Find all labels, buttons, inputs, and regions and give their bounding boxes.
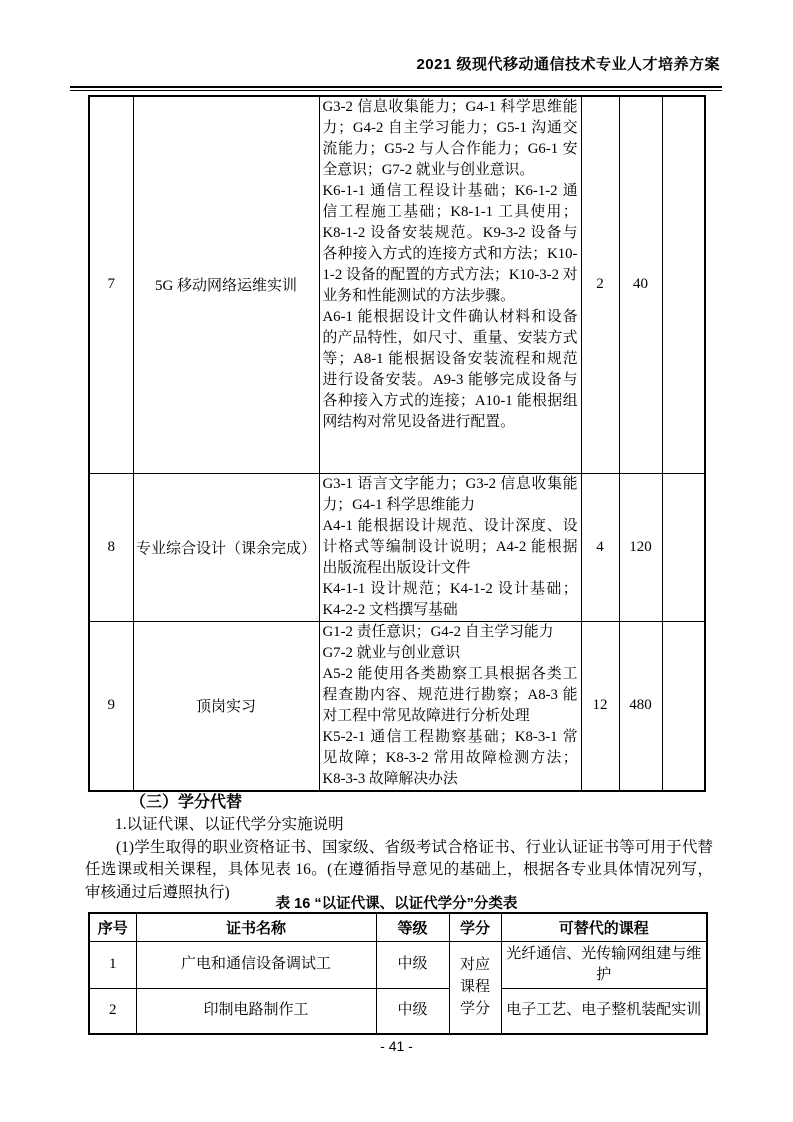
empty-cell (662, 621, 705, 791)
cert-index-cell: 1 (89, 941, 136, 988)
header-cell-credit: 学分 (449, 913, 501, 941)
page-header-title: 2021 级现代移动通信技术专业人才培养方案 (416, 53, 720, 74)
document-page: 2021 级现代移动通信技术专业人才培养方案 7 5G 移动网络运维实训 G3-… (0, 0, 793, 1122)
header-cell-level: 等级 (376, 913, 449, 941)
course-name-cell: 顶岗实习 (133, 621, 319, 791)
course-description-cell: G3-1 语言文字能力；G3-2 信息收集能力；G4-1 科学思维能力 A4-1… (319, 473, 581, 621)
credits-cell: 12 (581, 621, 619, 791)
table16-caption: 表 16 “以证代课、以证代学分”分类表 (0, 892, 793, 913)
footer-page-number: - 41 - (0, 1038, 793, 1054)
hours-cell: 40 (619, 96, 662, 473)
credits-cell: 4 (581, 473, 619, 621)
course-table: 7 5G 移动网络运维实训 G3-2 信息收集能力；G4-1 科学思维能力；G4… (88, 95, 706, 792)
merged-credit-cell: 对应课程学分 (449, 941, 501, 1034)
certificate-row: 1 广电和通信设备调试工 中级 对应课程学分 光纤通信、光传输网组建与维护 (89, 941, 707, 988)
hours-cell: 480 (619, 621, 662, 791)
description-paragraph: A6-1 能根据设计文件确认材料和设备的产品特性，如尺寸、重量、安装方式等；A8… (323, 307, 578, 433)
certificate-table: 序号 证书名称 等级 学分 可替代的课程 1 广电和通信设备调试工 中级 对应课… (88, 912, 708, 1035)
header-double-rule (70, 86, 722, 91)
course-name-cell: 专业综合设计（课余完成） (133, 473, 319, 621)
course-table-row: 7 5G 移动网络运维实训 G3-2 信息收集能力；G4-1 科学思维能力；G4… (89, 96, 705, 473)
course-table-row: 8 专业综合设计（课余完成） G3-1 语言文字能力；G3-2 信息收集能力；G… (89, 473, 705, 621)
row-number-cell: 9 (89, 621, 133, 791)
description-paragraph: G1-2 责任意识；G4-2 自主学习能力 (323, 622, 578, 643)
description-paragraph: A5-2 能使用各类勘察工具根据各类工程查勘内容、规范进行勘察；A8-3 能对工… (323, 664, 578, 727)
row-number-cell: 7 (89, 96, 133, 473)
course-description-cell: G1-2 责任意识；G4-2 自主学习能力 G7-2 就业与创业意识 A5-2 … (319, 621, 581, 791)
credit-substitution-section: （三）学分代替 1.以证代课、以证代学分实施说明 (1)学生取得的职业资格证书、… (85, 791, 713, 904)
description-paragraph: A4-1 能根据设计规范、设计深度、设计格式等编制设计说明；A4-2 能根据出版… (323, 516, 578, 579)
description-paragraph: K4-1-1 设计规范；K4-1-2 设计基础；K4-2-2 文档撰写基础 (323, 579, 578, 621)
header-cell-cert-name: 证书名称 (136, 913, 376, 941)
description-paragraph: G3-2 信息收集能力；G4-1 科学思维能力；G4-2 自主学习能力；G5-1… (323, 97, 578, 181)
cert-name-cell: 广电和通信设备调试工 (136, 941, 376, 988)
header-cell-index: 序号 (89, 913, 136, 941)
empty-cell (662, 96, 705, 473)
credits-cell: 2 (581, 96, 619, 473)
description-paragraph: K6-1-1 通信工程设计基础；K6-1-2 通信工程施工基础；K8-1-1 工… (323, 181, 578, 307)
cert-level-cell: 中级 (376, 941, 449, 988)
cert-index-cell: 2 (89, 988, 136, 1034)
cert-level-cell: 中级 (376, 988, 449, 1034)
header-cell-courses: 可替代的课程 (501, 913, 707, 941)
course-name-cell: 5G 移动网络运维实训 (133, 96, 319, 473)
section-heading: （三）学分代替 (85, 791, 713, 814)
course-description-cell: G3-2 信息收集能力；G4-1 科学思维能力；G4-2 自主学习能力；G5-1… (319, 96, 581, 473)
replaceable-courses-cell: 电子工艺、电子整机装配实训 (501, 988, 707, 1034)
course-table-row: 9 顶岗实习 G1-2 责任意识；G4-2 自主学习能力 G7-2 就业与创业意… (89, 621, 705, 791)
row-number-cell: 8 (89, 473, 133, 621)
description-paragraph: K5-2-1 通信工程勘察基础；K8-3-1 常见故障；K8-3-2 常用故障检… (323, 727, 578, 790)
empty-cell (662, 473, 705, 621)
description-paragraph: G3-1 语言文字能力；G3-2 信息收集能力；G4-1 科学思维能力 (323, 474, 578, 516)
cert-name-cell: 印制电路制作工 (136, 988, 376, 1034)
certificate-row: 2 印制电路制作工 中级 电子工艺、电子整机装配实训 (89, 988, 707, 1034)
certificate-table-header-row: 序号 证书名称 等级 学分 可替代的课程 (89, 913, 707, 941)
replaceable-courses-cell: 光纤通信、光传输网组建与维护 (501, 941, 707, 988)
section-subitem: 1.以证代课、以证代学分实施说明 (85, 814, 713, 837)
hours-cell: 120 (619, 473, 662, 621)
description-paragraph: G7-2 就业与创业意识 (323, 643, 578, 664)
